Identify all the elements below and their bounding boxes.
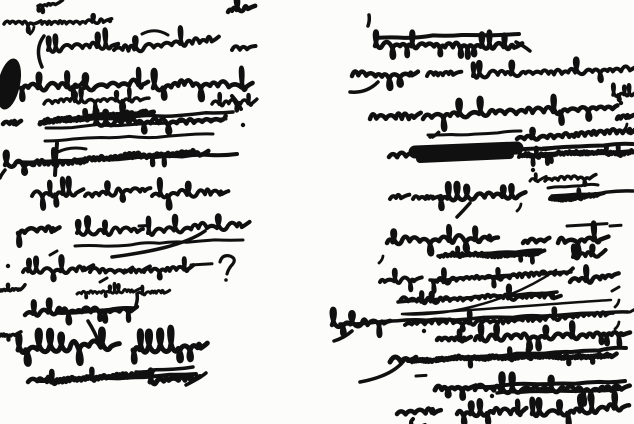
dash-mark	[416, 375, 426, 376]
word-stroke	[557, 222, 609, 256]
word-stroke	[147, 213, 249, 235]
dash-mark	[191, 264, 212, 265]
ink-dot	[241, 123, 245, 127]
word-stroke	[531, 392, 630, 424]
word-stroke	[422, 91, 618, 131]
tick-mark	[612, 287, 619, 291]
column-right: R1: знатные (?) [struck out]R2: ему не н…	[331, 15, 634, 424]
parenthesis-mark	[38, 36, 44, 67]
handwriting-line: R14: это было моя (?)	[397, 392, 630, 424]
handwriting-line: L12: № Жонрафъ фигура (?)	[0, 326, 208, 366]
word-stroke	[439, 179, 526, 209]
handwriting-line: L6: [long cancel stroke]	[45, 134, 213, 141]
handwriting-line: L1: …ръ, мочьи. (?)	[4, 14, 112, 34]
strikethrough-stroke	[428, 131, 521, 135]
word-stroke	[152, 67, 253, 102]
manuscript-page: L0a: (cut-off fragment at top edge)L0b: …	[0, 0, 634, 424]
breve-mark	[142, 31, 168, 35]
word-stroke	[427, 70, 462, 76]
dash-mark	[567, 224, 607, 226]
flourish-stroke	[411, 419, 425, 424]
strikethrough-stroke	[548, 184, 598, 188]
word-stroke	[77, 282, 142, 298]
strikethrough-stroke	[136, 367, 193, 372]
handwriting-line: R3: Иль разумѣлось, о̇ (?)	[370, 91, 634, 131]
apostrophe-mark	[136, 294, 137, 305]
word-stroke	[84, 180, 151, 203]
handwriting-line: R8: без [struck out] оня (?)	[379, 263, 619, 292]
word-stroke	[437, 330, 472, 342]
ink-dot	[531, 168, 535, 172]
handwriting-line: L5: и [illegible, struck out] прошаетъ. …	[3, 103, 245, 137]
handwriting-line: L13: С [illegible, struck out] дѣло (?)	[28, 367, 206, 385]
word-stroke	[144, 258, 194, 279]
word-stroke	[413, 195, 441, 200]
question-mark-dot	[224, 278, 228, 282]
flourish-stroke	[0, 170, 5, 178]
word-stroke	[31, 177, 84, 210]
tick-mark	[630, 308, 634, 312]
word-stroke	[389, 152, 412, 157]
ink-dot	[6, 264, 10, 268]
comma-mark	[517, 204, 521, 211]
column-left: L0a: (cut-off fragment at top edge)L0b: …	[0, 0, 257, 385]
word-stroke	[397, 408, 441, 416]
flourish-stroke	[58, 148, 86, 152]
underline-stroke	[75, 240, 243, 246]
word-stroke	[83, 69, 148, 91]
strikethrough-stroke	[376, 34, 519, 38]
manuscript-scan-svg: L0a: (cut-off fragment at top edge)L0b: …	[0, 0, 634, 424]
word-stroke	[412, 345, 617, 370]
comma-mark	[379, 256, 383, 263]
handwriting-line: R4c: О [blotted out, struck]	[389, 144, 634, 166]
word-stroke	[4, 20, 41, 33]
flourish-stroke	[420, 155, 510, 159]
comma-mark	[615, 300, 619, 307]
handwriting-line: R5: с н. абрютъ, о̇ любъ [struck] (?)	[390, 168, 633, 217]
word-stroke	[472, 54, 634, 88]
word-stroke	[435, 385, 476, 399]
word-stroke	[90, 267, 133, 274]
ink-dot	[108, 19, 112, 23]
comma-mark	[615, 322, 619, 329]
dash-mark	[139, 226, 148, 227]
insertion-bar	[55, 143, 57, 175]
word-stroke	[352, 68, 419, 91]
handwriting-line: L7: ис… [illegible, struck out] —	[0, 143, 237, 178]
word-stroke	[22, 255, 93, 281]
handwriting-line: L3: …гутъ быть приня… (?) [ink blot at m…	[0, 56, 253, 111]
word-stroke	[113, 25, 219, 53]
word-stroke	[0, 284, 25, 292]
question-mark	[220, 256, 234, 274]
word-stroke	[612, 83, 634, 101]
strikethrough-stroke	[552, 191, 633, 196]
handwriting-line: R1: знатные (?) [struck out]	[368, 15, 530, 59]
handwriting-line: L0b: (cut-off fragment, bold loop)	[227, 0, 256, 12]
handwriting-line: R13: - но Собольскѣ (?) [struck out]	[416, 369, 630, 408]
word-stroke	[474, 369, 630, 408]
word-stroke	[3, 121, 21, 126]
handwriting-line: L8: бетъ усилья прочь (?)	[31, 175, 229, 209]
ink-dot	[490, 394, 494, 398]
word-stroke	[370, 112, 421, 121]
tick-mark	[50, 251, 57, 255]
word-stroke	[47, 29, 118, 53]
dash-mark	[610, 225, 621, 226]
ink-dot	[422, 329, 426, 333]
word-stroke	[390, 194, 410, 199]
handwriting-line: L0a: (cut-off fragment at top edge)	[38, 0, 63, 13]
flourish-stroke	[350, 82, 378, 92]
handwriting-line: R12: Н [struck out]	[360, 345, 626, 382]
word-stroke	[569, 265, 619, 284]
flourish-stroke	[457, 203, 470, 217]
word-stroke	[523, 238, 550, 243]
word-stroke	[232, 45, 256, 50]
word-stroke	[137, 285, 170, 295]
word-stroke	[17, 327, 120, 365]
word-stroke	[18, 226, 60, 246]
word-stroke	[151, 175, 229, 209]
strikethrough-stroke	[45, 134, 213, 141]
handwriting-line: L11a: (interlinear insertion) добрыхъ оф…	[77, 278, 170, 298]
handwriting-line: L2: ( Владиміръ и (?)	[38, 25, 255, 67]
word-stroke	[76, 215, 143, 236]
ink-blot	[0, 56, 25, 111]
word-stroke	[42, 14, 112, 25]
word-stroke	[212, 92, 258, 111]
apostrophe-mark	[368, 15, 369, 26]
tick-mark	[100, 278, 107, 282]
word-stroke	[227, 0, 256, 12]
ink-dot	[619, 101, 623, 105]
word-stroke	[456, 398, 527, 424]
word-stroke	[38, 0, 63, 13]
handwriting-line: R2: ему не нравилось — бы (superscript)	[350, 54, 634, 101]
word-stroke	[379, 268, 422, 291]
word-stroke	[517, 125, 634, 140]
ink-dot	[431, 195, 435, 199]
handwriting-line: L9: за мочу-русскую (?) [underlined]	[18, 213, 250, 257]
word-stroke	[617, 115, 634, 119]
word-stroke	[132, 326, 208, 363]
